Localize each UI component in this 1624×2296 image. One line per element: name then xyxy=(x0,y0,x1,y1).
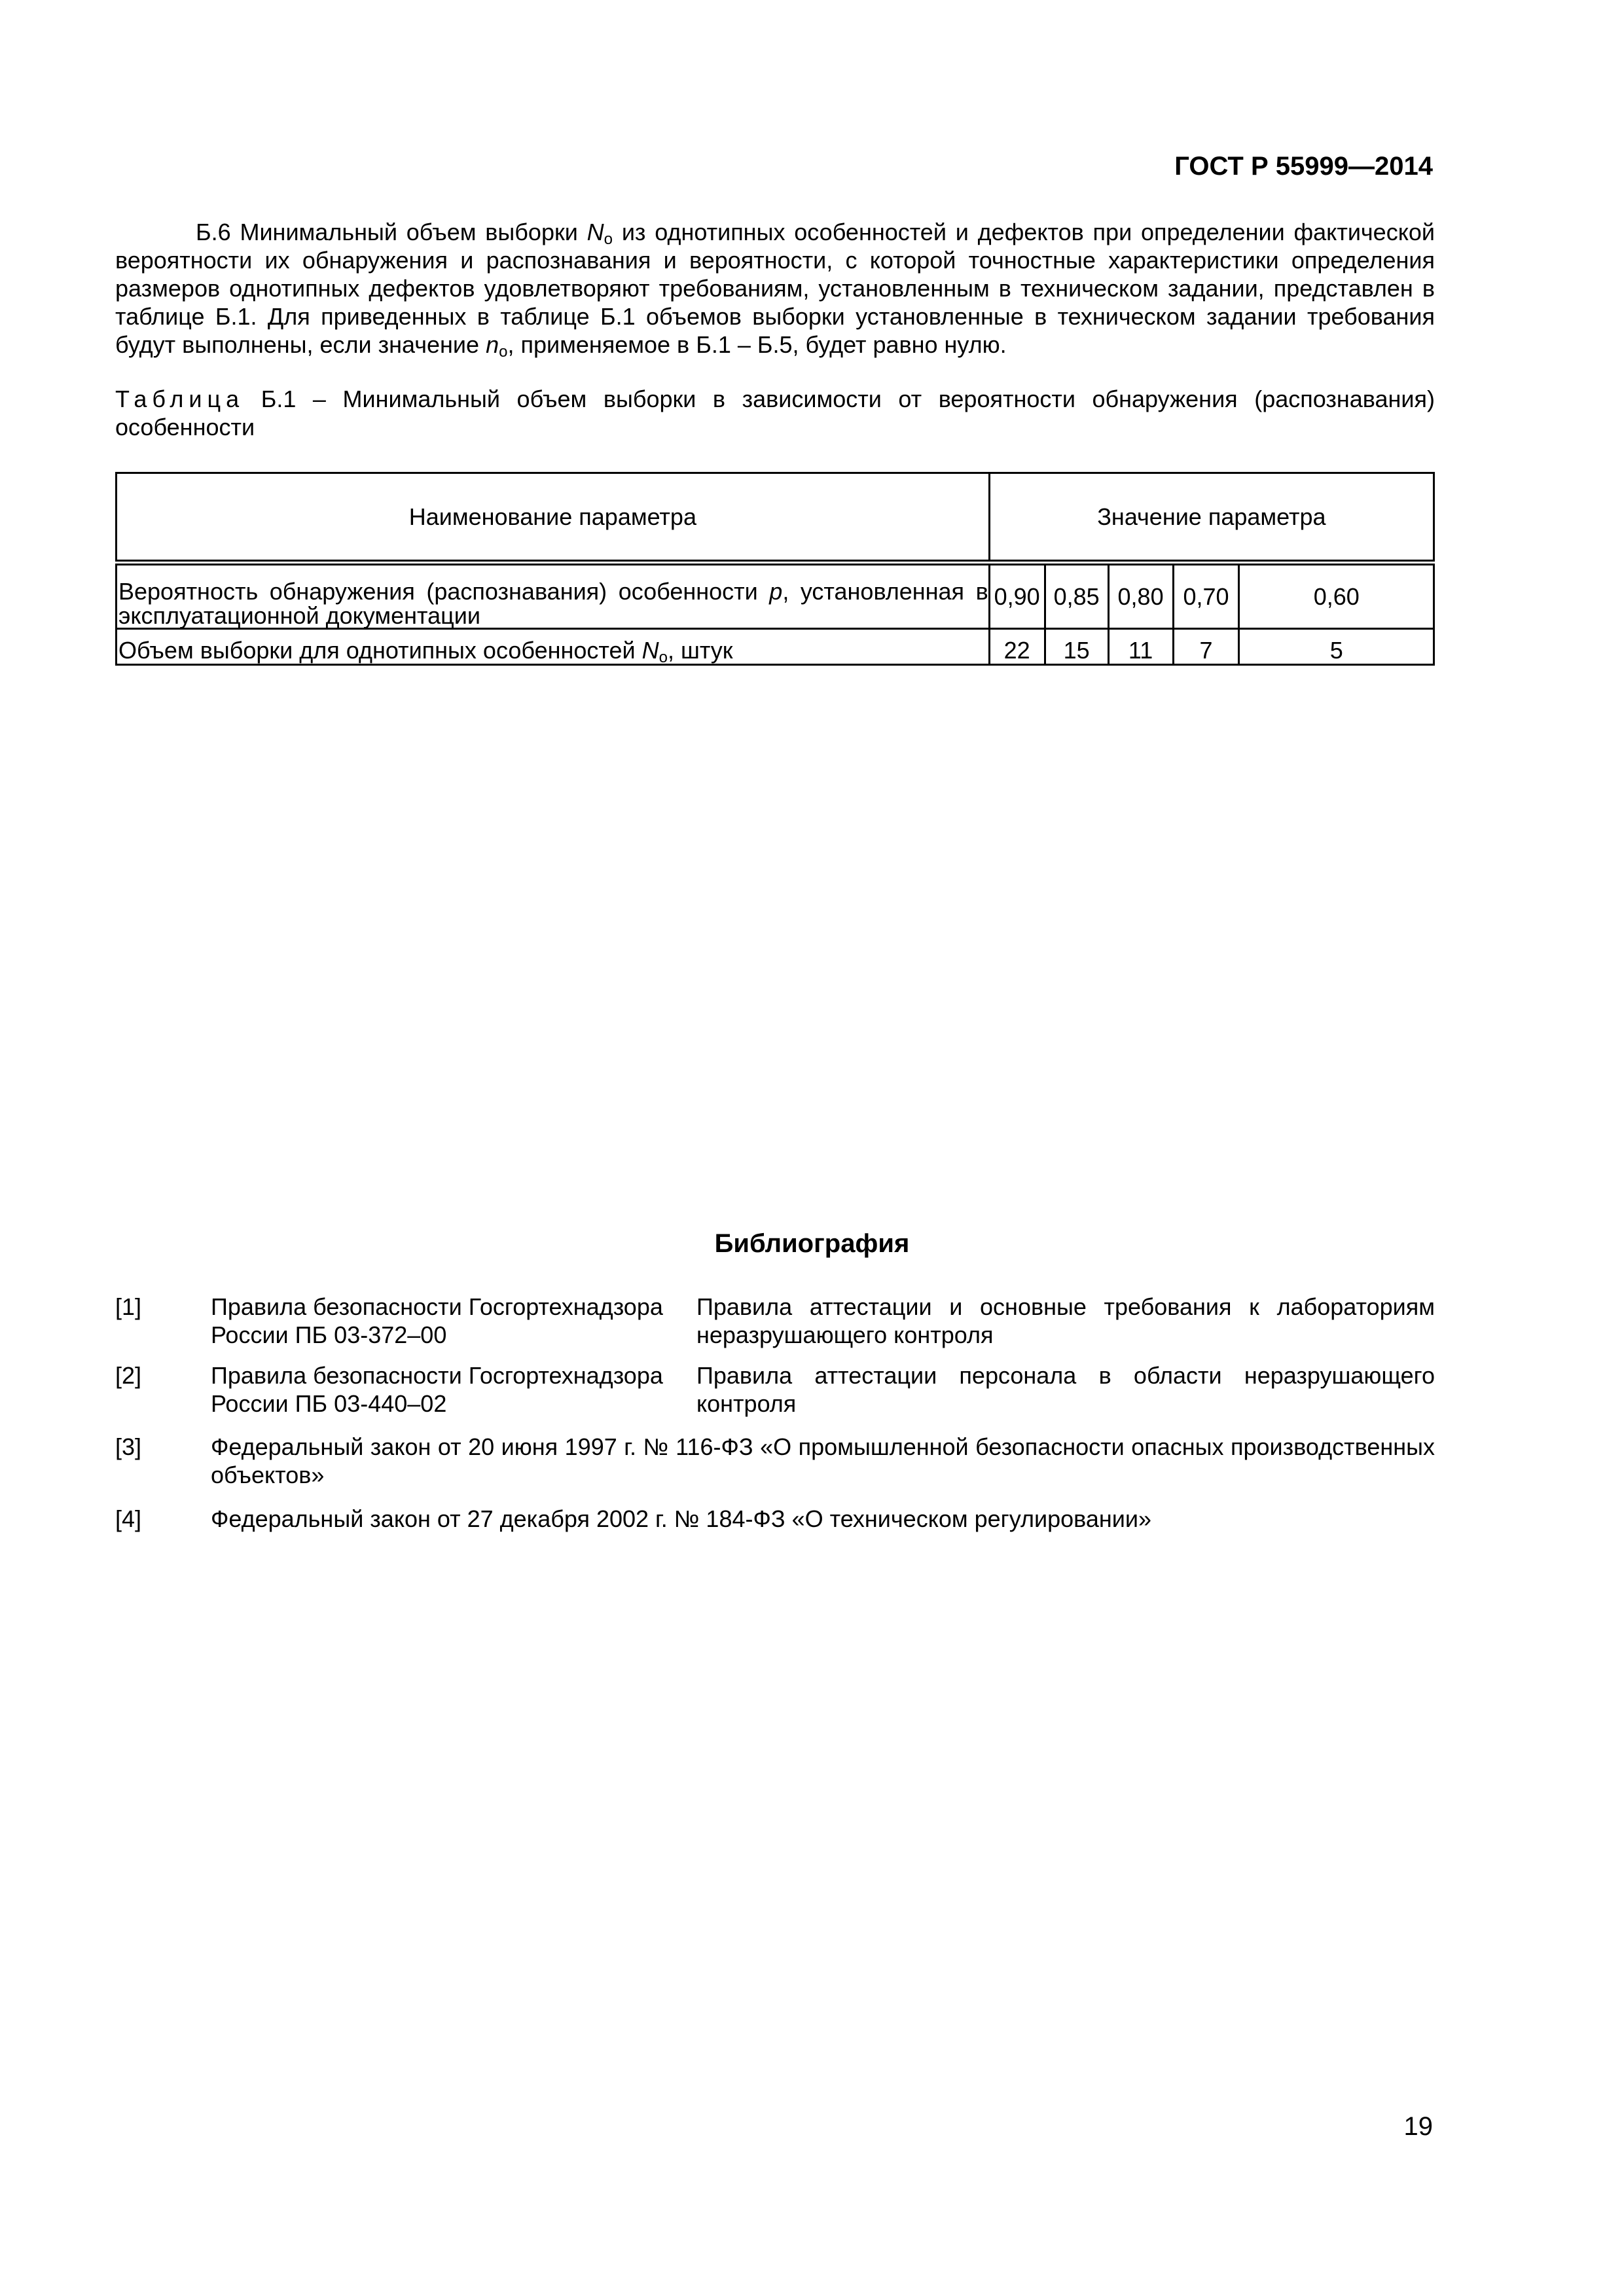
bib-number: [3] xyxy=(115,1433,141,1461)
table-cell: 22 xyxy=(989,629,1045,665)
bib-number: [4] xyxy=(115,1505,141,1533)
table-caption-label: Таблица xyxy=(115,386,244,412)
row-name: Вероятность обнаружения (распознавания) … xyxy=(117,563,990,629)
table-cell: 0,70 xyxy=(1173,563,1239,629)
var-N: N xyxy=(587,219,604,245)
bib-source: Правила безопасности Госгортехнадзора Ро… xyxy=(211,1293,692,1349)
var-n: n xyxy=(486,331,499,358)
table-caption-text: Б.1 – Минимальный объем выборки в зависи… xyxy=(115,386,1435,440)
table-cell: 15 xyxy=(1045,629,1108,665)
bibliography-item: [4] Федеральный закон от 27 декабря 2002… xyxy=(115,1505,1435,1534)
table-cell: 5 xyxy=(1239,629,1434,665)
bib-title: Правила аттестации персонала в области н… xyxy=(696,1361,1435,1418)
sub-o: o xyxy=(659,649,668,666)
para-text-3: , применяемое в Б.1 – Б.5, будет равно н… xyxy=(507,331,1006,358)
row-name: Объем выборки для однотипных особенносте… xyxy=(117,629,990,665)
document-code: ГОСТ Р 55999—2014 xyxy=(1174,152,1433,181)
bibliography-item: [2] Правила безопасности Госгортехнадзор… xyxy=(115,1361,1435,1420)
header-parameter-name: Наименование параметра xyxy=(117,473,990,563)
sub-o: o xyxy=(499,343,507,361)
table-row: Вероятность обнаружения (распознавания) … xyxy=(117,563,1434,629)
bib-number: [1] xyxy=(115,1293,141,1321)
table-cell: 0,90 xyxy=(989,563,1045,629)
para-text-1: Б.6 Минимальный объем выборки xyxy=(196,219,587,245)
table-caption: Таблица Б.1 – Минимальный объем выборки … xyxy=(115,385,1435,441)
row-name-text: Вероятность обнаружения (распознавания) … xyxy=(118,578,769,605)
header-parameter-value: Значение параметра xyxy=(989,473,1434,563)
row-name-text: Объем выборки для однотипных особенносте… xyxy=(118,637,642,664)
bib-text: Федеральный закон от 20 июня 1997 г. № 1… xyxy=(211,1433,1435,1489)
bib-text: Федеральный закон от 27 декабря 2002 г. … xyxy=(211,1505,1435,1533)
table-cell: 7 xyxy=(1173,629,1239,665)
page-number: 19 xyxy=(1404,2112,1434,2142)
bibliography-title: Библиография xyxy=(0,1229,1624,1259)
table-row: Объем выборки для однотипных особенносте… xyxy=(117,629,1434,665)
table-cell: 0,80 xyxy=(1108,563,1173,629)
sub-o: o xyxy=(604,230,613,248)
row-name-text: , штук xyxy=(668,637,733,664)
table-cell: 11 xyxy=(1108,629,1173,665)
var-p: p xyxy=(769,578,782,605)
bib-number: [2] xyxy=(115,1361,141,1390)
bibliography-item: [3] Федеральный закон от 20 июня 1997 г.… xyxy=(115,1433,1435,1492)
bib-source: Правила безопасности Госгортехнадзора Ро… xyxy=(211,1361,692,1418)
section-b6-paragraph: Б.6 Минимальный объем выборки No из одно… xyxy=(115,218,1435,359)
var-N: N xyxy=(642,637,659,664)
table-cell: 0,85 xyxy=(1045,563,1108,629)
bib-title: Правила аттестации и основные требования… xyxy=(696,1293,1435,1349)
sample-size-table: Наименование параметра Значение параметр… xyxy=(115,472,1435,666)
bibliography-item: [1] Правила безопасности Госгортехнадзор… xyxy=(115,1293,1435,1352)
table-cell: 0,60 xyxy=(1239,563,1434,629)
